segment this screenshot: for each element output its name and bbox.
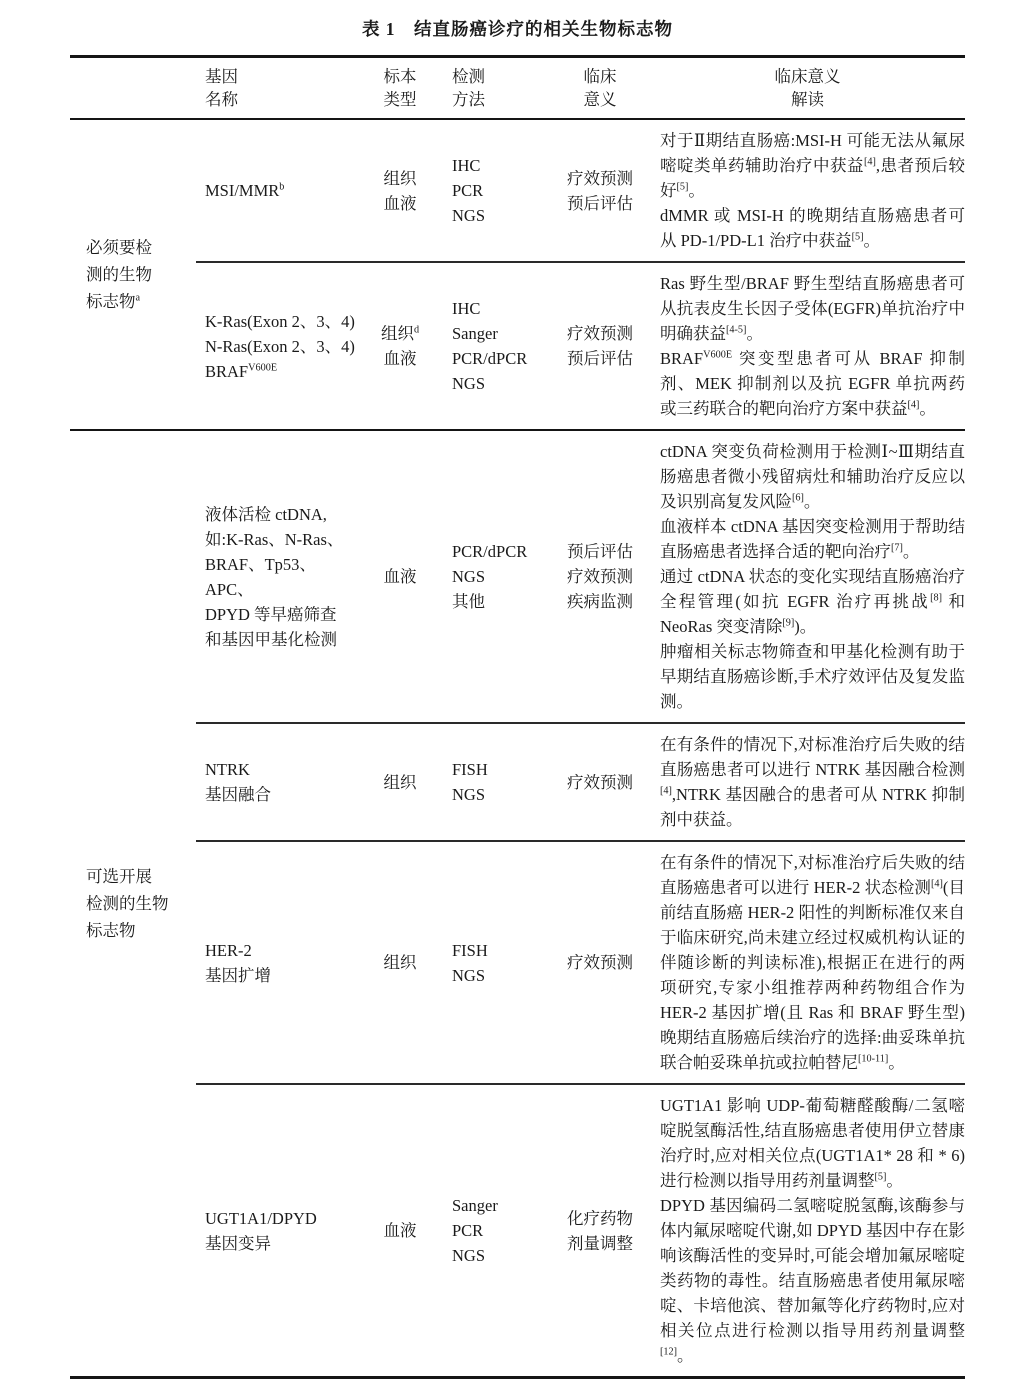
cell-clinical-interpretation: UGT1A1 影响 UDP-葡萄糖醛酸酶/二氢嘧啶脱氢酶活性,结直肠癌患者使用伊… xyxy=(650,1085,965,1376)
table-row-her2: HER-2基因扩增 组织 FISH NGS 疗效预测 在有条件的情况下,对标准治… xyxy=(196,840,965,1083)
header-clinical-interpretation: 临床意义 解读 xyxy=(650,65,965,111)
cell-specimen-type: 组织d血液 xyxy=(360,321,440,371)
cell-clinical-interpretation: 对于Ⅱ期结直肠癌:MSI-H 可能无法从氟尿嘧啶类单药辅助治疗中获益[4],患者… xyxy=(650,120,965,261)
header-group-spacer xyxy=(70,65,196,111)
cell-clinical-interpretation: 在有条件的情况下,对标准治疗后失败的结直肠癌患者可以进行 HER-2 状态检测[… xyxy=(650,842,965,1083)
group-required-biomarkers: 必须要检测的生物标志物a MSI/MMRb 组织血液 IHC PCR NGS 疗… xyxy=(70,120,965,429)
cell-gene-name: NTRK基因融合 xyxy=(196,757,360,807)
cell-specimen-type: 组织血液 xyxy=(360,166,440,216)
cell-specimen-type: 组织 xyxy=(360,770,440,795)
cell-detection-method: IHC PCR NGS xyxy=(440,153,550,228)
group-label-optional: 可选开展检测的生物标志物 xyxy=(70,863,196,944)
cell-specimen-type: 组织 xyxy=(360,950,440,975)
table-row-ntrk: NTRK基因融合 组织 FISH NGS 疗效预测 在有条件的情况下,对标准治疗… xyxy=(196,722,965,840)
table-row-ras-braf: K-Ras(Exon 2、3、4)N-Ras(Exon 2、3、4)BRAFV6… xyxy=(196,261,965,429)
biomarker-table: 基因 名称 标本 类型 检测 方法 临床 意义 临床意义 解读 必须要检测的生物… xyxy=(70,55,965,1379)
cell-gene-name: MSI/MMRb xyxy=(196,178,360,203)
group-rows: 液体活检 ctDNA,如:K-Ras、N-Ras、BRAF、Tp53、APC、D… xyxy=(196,431,965,1376)
cell-specimen-type: 血液 xyxy=(360,1218,440,1243)
cell-clinical-significance: 疗效预测 预后评估 xyxy=(550,166,650,216)
table-row-msi-mmr: MSI/MMRb 组织血液 IHC PCR NGS 疗效预测 预后评估 对于Ⅱ期… xyxy=(196,120,965,261)
cell-gene-name: UGT1A1/DPYD基因变异 xyxy=(196,1206,360,1256)
cell-detection-method: PCR/dPCR NGS 其他 xyxy=(440,539,550,614)
table-header-row: 基因 名称 标本 类型 检测 方法 临床 意义 临床意义 解读 xyxy=(70,58,965,120)
header-detection-method: 检测 方法 xyxy=(440,65,550,111)
cell-clinical-significance: 疗效预测 xyxy=(550,950,650,975)
cell-specimen-type: 血液 xyxy=(360,564,440,589)
header-gene-name: 基因 名称 xyxy=(196,65,360,111)
document-page: 表 1 结直肠癌诊疗的相关生物标志物 基因 名称 标本 类型 检测 方法 临床 … xyxy=(0,0,1011,1379)
cell-detection-method: IHC Sanger PCR/dPCR NGS xyxy=(440,296,550,396)
group-optional-biomarkers: 可选开展检测的生物标志物 液体活检 ctDNA,如:K-Ras、N-Ras、BR… xyxy=(70,429,965,1376)
table-title: 表 1 结直肠癌诊疗的相关生物标志物 xyxy=(70,16,965,41)
table-row-ugt1a1-dpyd: UGT1A1/DPYD基因变异 血液 Sanger PCR NGS 化疗药物 剂… xyxy=(196,1083,965,1376)
header-clinical-significance: 临床 意义 xyxy=(550,65,650,111)
cell-detection-method: FISH NGS xyxy=(440,757,550,807)
cell-detection-method: FISH NGS xyxy=(440,938,550,988)
cell-clinical-significance: 预后评估 疗效预测 疾病监测 xyxy=(550,539,650,614)
group-label-required: 必须要检测的生物标志物a xyxy=(70,234,196,315)
cell-clinical-interpretation: 在有条件的情况下,对标准治疗后失败的结直肠癌患者可以进行 NTRK 基因融合检测… xyxy=(650,724,965,840)
cell-gene-name: 液体活检 ctDNA,如:K-Ras、N-Ras、BRAF、Tp53、APC、D… xyxy=(196,502,360,652)
cell-clinical-significance: 疗效预测 预后评估 xyxy=(550,321,650,371)
cell-gene-name: HER-2基因扩增 xyxy=(196,938,360,988)
cell-clinical-interpretation: ctDNA 突变负荷检测用于检测Ⅰ~Ⅲ期结直肠癌患者微小残留病灶和辅助治疗反应以… xyxy=(650,431,965,722)
cell-gene-name: K-Ras(Exon 2、3、4)N-Ras(Exon 2、3、4)BRAFV6… xyxy=(196,309,360,384)
cell-clinical-significance: 化疗药物 剂量调整 xyxy=(550,1206,650,1256)
header-specimen-type: 标本 类型 xyxy=(360,65,440,111)
group-rows: MSI/MMRb 组织血液 IHC PCR NGS 疗效预测 预后评估 对于Ⅱ期… xyxy=(196,120,965,429)
table-row-ctdna: 液体活检 ctDNA,如:K-Ras、N-Ras、BRAF、Tp53、APC、D… xyxy=(196,431,965,722)
cell-detection-method: Sanger PCR NGS xyxy=(440,1193,550,1268)
cell-clinical-interpretation: Ras 野生型/BRAF 野生型结直肠癌患者可从抗表皮生长因子受体(EGFR)单… xyxy=(650,263,965,429)
cell-clinical-significance: 疗效预测 xyxy=(550,770,650,795)
